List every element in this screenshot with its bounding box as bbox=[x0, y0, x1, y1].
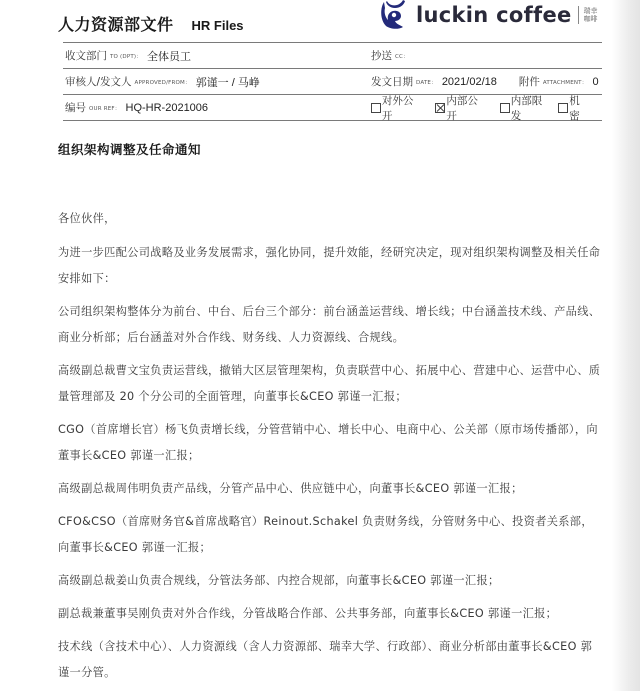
classification-confidential[interactable]: 机密 bbox=[558, 93, 590, 123]
paragraph: 副总裁兼董事吴刚负责对外合作线，分管战略合作部、公共事务部，向董事长&CEO 郭… bbox=[58, 601, 603, 627]
date-value: 2021/02/18 bbox=[442, 76, 497, 88]
cc-sublabel: CC： bbox=[395, 52, 409, 60]
cc-label: 抄送 bbox=[371, 48, 392, 63]
to-label: 收文部门 bbox=[65, 48, 107, 63]
from-value: 郭谨一 / 马峥 bbox=[196, 74, 260, 90]
classification-internal-restricted[interactable]: 内部限发 bbox=[500, 93, 552, 123]
paragraph: CFO&CSO（首席财务官&首席战略官）Reinout.Schakel 负责财务… bbox=[58, 509, 603, 561]
logo-divider bbox=[578, 6, 579, 24]
meta-ref: 编号 OUR REF： HQ-HR-2021006 bbox=[63, 100, 371, 115]
checkbox-checked-icon bbox=[435, 103, 445, 113]
from-label: 审核人/发文人 bbox=[65, 74, 132, 89]
page-edge-shadow bbox=[612, 0, 640, 691]
meta-from: 审核人/发文人 APPROVED/FROM： 郭谨一 / 马峥 bbox=[63, 74, 371, 90]
document-title: 组织架构调整及任命通知 bbox=[58, 140, 201, 158]
meta-cc: 抄送 CC： bbox=[371, 48, 602, 63]
meta-to: 收文部门 TO (DPT)： 全体员工 bbox=[63, 48, 371, 64]
paragraph: 公司组织架构整体分为前台、中台、后台三个部分：前台涵盖运营线、增长线；中台涵盖技… bbox=[58, 299, 603, 351]
greeting: 各位伙伴， bbox=[58, 206, 603, 232]
to-value: 全体员工 bbox=[147, 48, 191, 64]
luckin-deer-icon bbox=[378, 0, 408, 30]
paragraph: 技术线（含技术中心）、人力资源线（含人力资源部、瑞幸大学、行政部）、商业分析部由… bbox=[58, 634, 603, 686]
document-header: 人力资源部文件HR Files bbox=[58, 12, 244, 35]
meta-row-sender: 审核人/发文人 APPROVED/FROM： 郭谨一 / 马峥 发文日期 DAT… bbox=[63, 68, 602, 94]
classification-external-public[interactable]: 对外公开 bbox=[371, 93, 423, 123]
paragraph: CGO（首席增长官）杨飞负责增长线，分管营销中心、增长中心、电商中心、公关部（原… bbox=[58, 417, 603, 469]
luckin-logo: luckin coffee 瑞幸 咖啡 bbox=[378, 0, 600, 30]
meta-row-recipients: 收文部门 TO (DPT)： 全体员工 抄送 CC： bbox=[63, 42, 602, 68]
from-sublabel: APPROVED/FROM： bbox=[135, 78, 191, 86]
checkbox-unchecked-icon bbox=[500, 103, 510, 113]
attachment-value: 0 bbox=[592, 76, 598, 88]
document-meta-table: 收文部门 TO (DPT)： 全体员工 抄送 CC： 审核人/发文人 APPRO… bbox=[63, 42, 602, 121]
paragraph: 高级副总裁曹文宝负责运营线，撤销大区层管理架构，负责联营中心、拓展中心、营建中心… bbox=[58, 358, 603, 410]
ref-label: 编号 bbox=[65, 100, 86, 115]
paragraph: 高级副总裁周伟明负责产品线，分管产品中心、供应链中心，向董事长&CEO 郭谨一汇… bbox=[58, 476, 603, 502]
paragraph: 高级副总裁姜山负责合规线，分管法务部、内控合规部，向董事长&CEO 郭谨一汇报； bbox=[58, 568, 603, 594]
header-title-cn: 人力资源部文件 bbox=[58, 15, 174, 34]
attachment-sublabel: ATTACHMENT： bbox=[543, 78, 588, 86]
attachment-label: 附件 bbox=[519, 74, 540, 89]
classification-options: 对外公开 内部公开 内部限发 机密 bbox=[371, 93, 602, 123]
paragraph: 为进一步匹配公司战略及业务发展需求，强化协同，提升效能，经研究决定，现对组织架构… bbox=[58, 240, 603, 292]
classification-internal-public[interactable]: 内部公开 bbox=[435, 93, 487, 123]
checkbox-unchecked-icon bbox=[558, 103, 568, 113]
ref-value: HQ-HR-2021006 bbox=[126, 102, 209, 114]
meta-row-ref: 编号 OUR REF： HQ-HR-2021006 对外公开 内部公开 内部限发… bbox=[63, 94, 602, 121]
date-sublabel: DATE： bbox=[416, 78, 437, 86]
meta-date-attachment: 发文日期 DATE： 2021/02/18 附件 ATTACHMENT： 0 bbox=[371, 74, 602, 89]
document-body: 各位伙伴， 为进一步匹配公司战略及业务发展需求，强化协同，提升效能，经研究决定，… bbox=[58, 206, 603, 691]
to-sublabel: TO (DPT)： bbox=[110, 52, 142, 60]
date-label: 发文日期 bbox=[371, 74, 413, 89]
ref-sublabel: OUR REF： bbox=[89, 104, 121, 112]
checkbox-unchecked-icon bbox=[371, 103, 381, 113]
logo-brand-text: luckin coffee bbox=[416, 3, 572, 27]
header-title-en: HR Files bbox=[192, 18, 244, 33]
logo-brand-cn: 瑞幸 咖啡 bbox=[584, 7, 600, 23]
